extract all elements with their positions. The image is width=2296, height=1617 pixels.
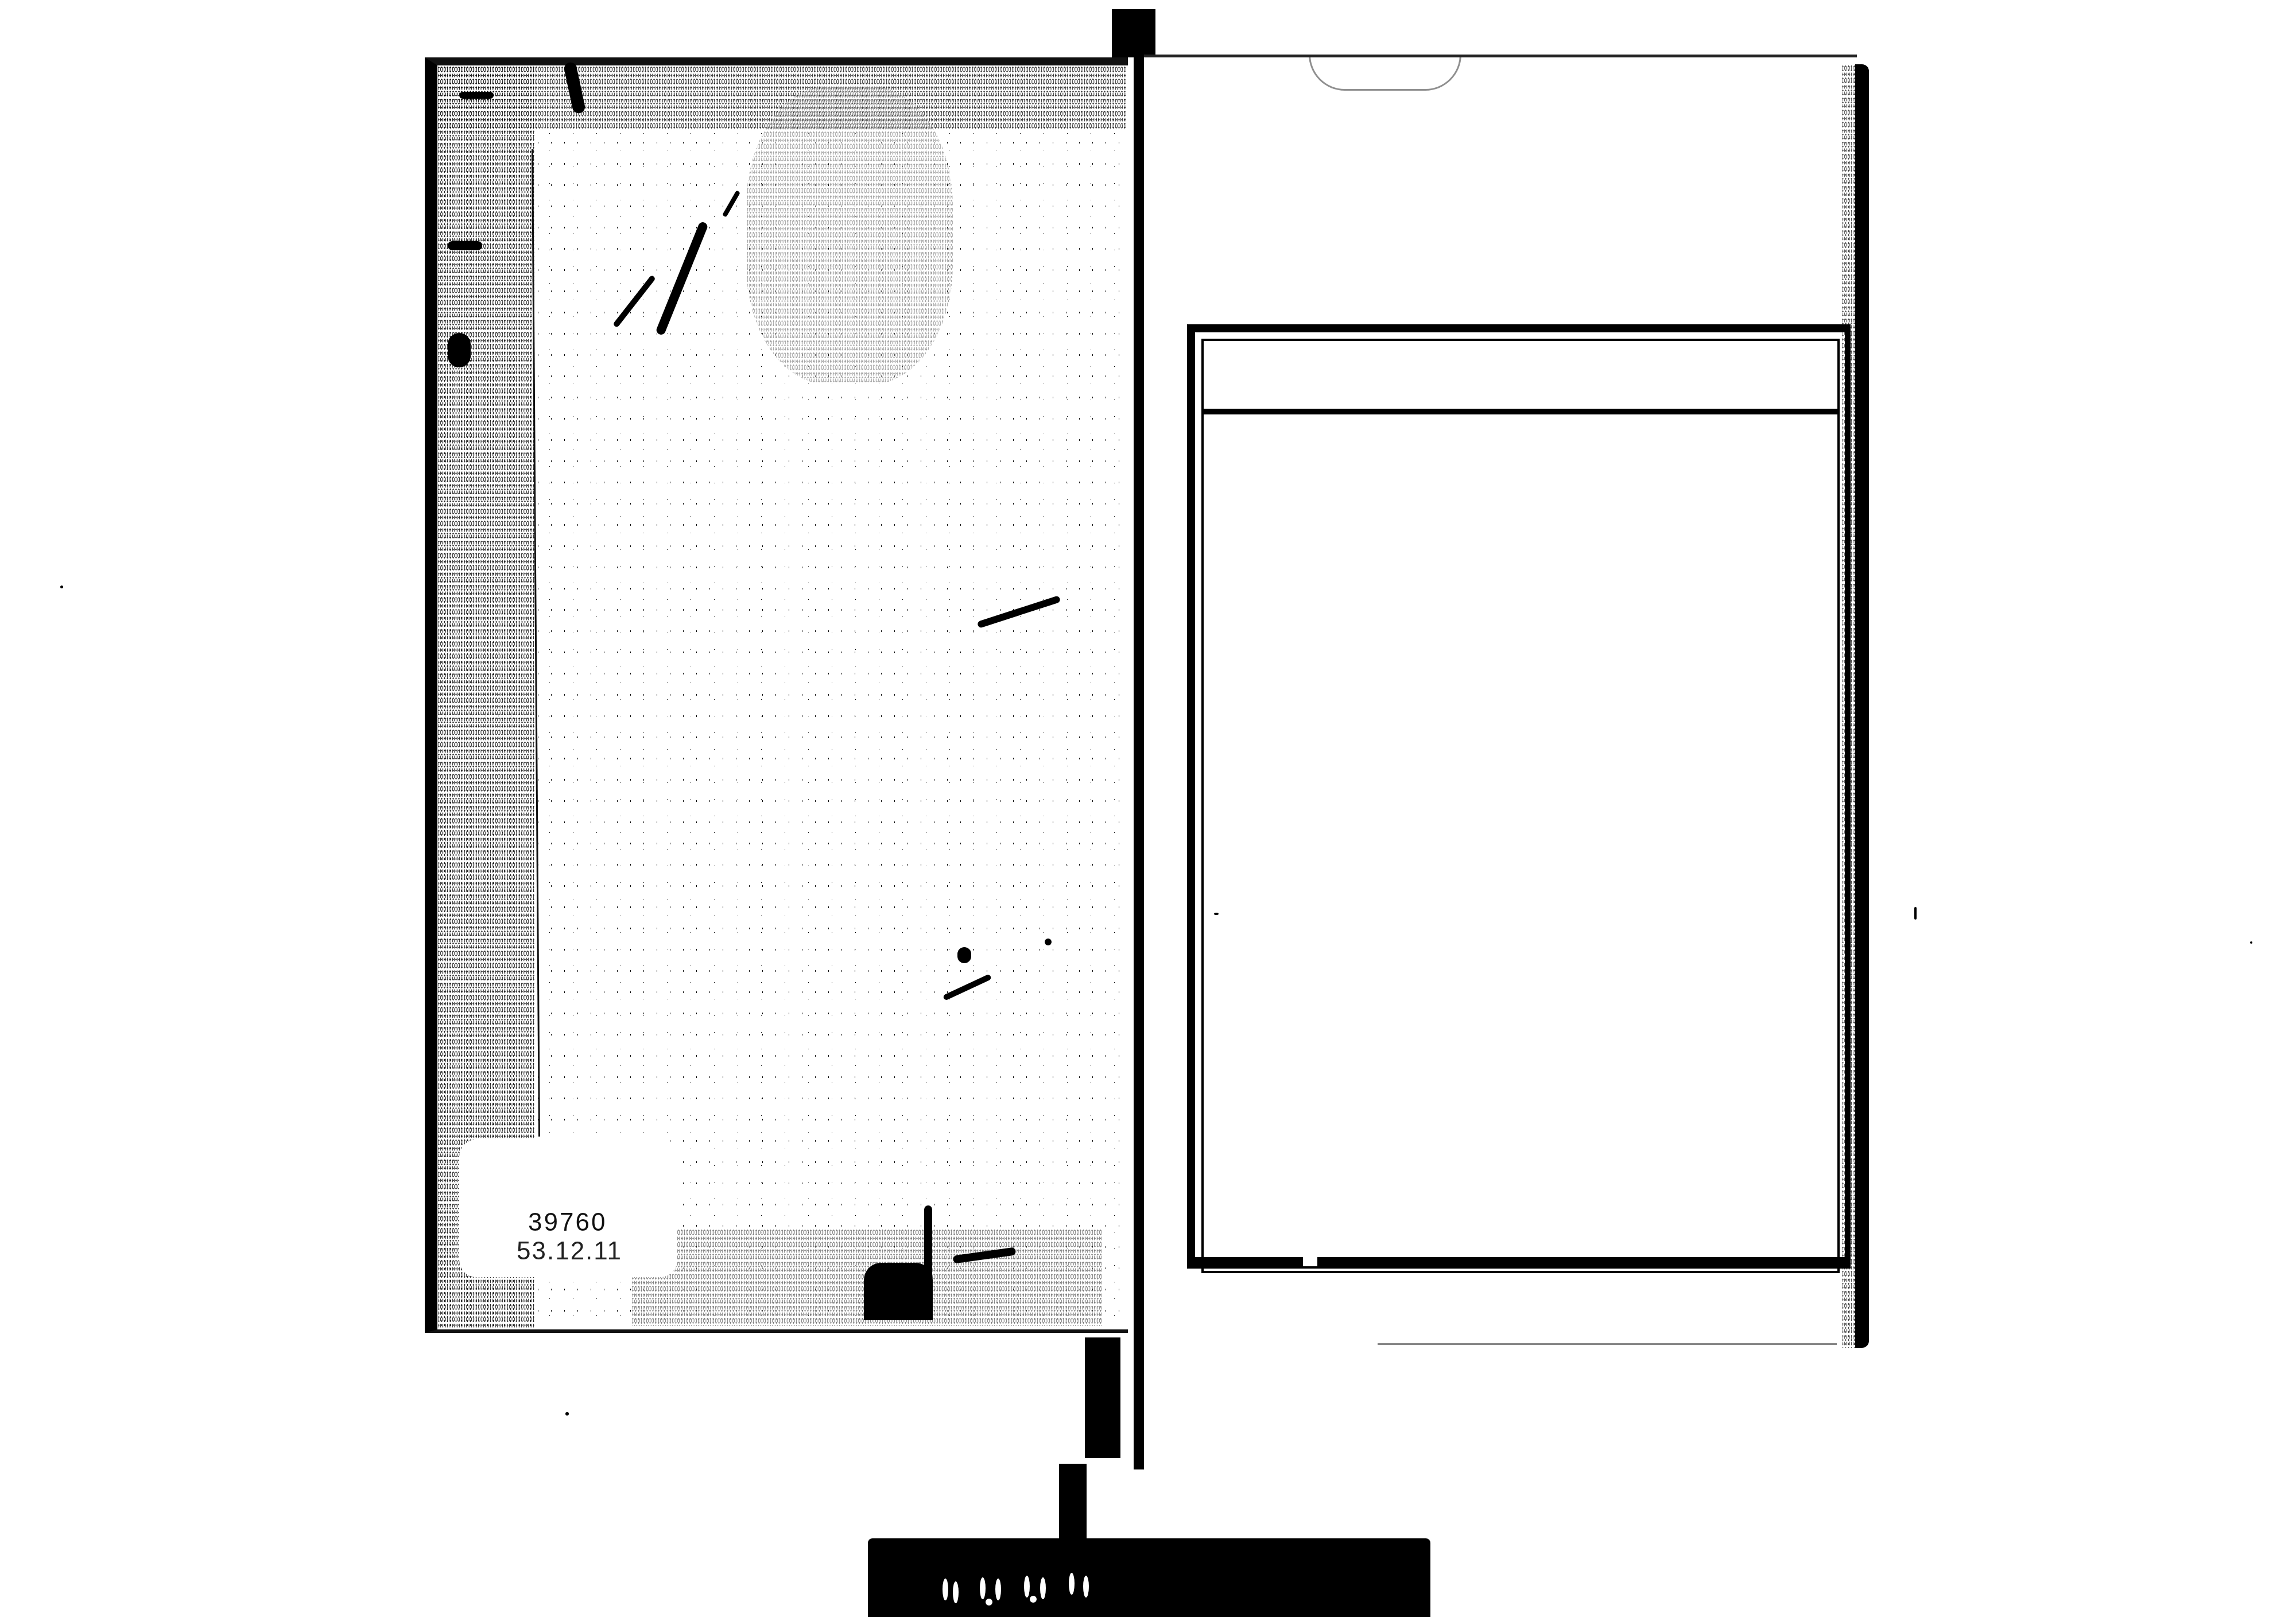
target-mark — [1069, 1573, 1075, 1595]
header-band-rule — [1201, 409, 1840, 414]
target-mark — [995, 1579, 1001, 1600]
catalog-date: 53.12.11 — [517, 1237, 622, 1266]
worm-hole-mark — [448, 241, 482, 250]
spine-gutter — [1134, 57, 1144, 1469]
catalog-number: 39760 — [528, 1208, 607, 1237]
dust-speck — [60, 585, 63, 588]
left-stain — [746, 86, 953, 385]
scan-target-bar — [868, 1538, 1430, 1617]
catalog-label: 39760 53.12.11 — [459, 1139, 677, 1277]
target-mark — [980, 1577, 986, 1599]
target-mark — [943, 1579, 948, 1600]
target-mark — [1024, 1576, 1030, 1597]
paper-crease — [1309, 55, 1461, 91]
dust-speck — [1914, 907, 1917, 920]
worm-hole-mark — [459, 92, 494, 99]
worm-hole-mark — [448, 333, 471, 367]
target-mark — [1083, 1576, 1089, 1597]
right-page-edge — [1855, 64, 1869, 1348]
page-frame-inner — [1201, 339, 1840, 1273]
spine-top-tab — [1112, 9, 1155, 57]
spine-lower-block — [1085, 1337, 1120, 1458]
page-bottom-edge — [1378, 1343, 1837, 1345]
spine-stem — [1059, 1464, 1087, 1538]
target-mark — [953, 1581, 959, 1603]
dust-speck — [1045, 939, 1052, 945]
dust-speck — [2250, 941, 2252, 944]
worm-hole-mark — [957, 947, 971, 963]
dust-speck — [565, 1412, 569, 1416]
dust-speck — [1214, 913, 1219, 915]
worm-hole-mark — [864, 1263, 933, 1320]
frame-rule-gap — [1303, 1256, 1317, 1266]
frame-bottom-rule — [1187, 1257, 1851, 1264]
target-dot — [986, 1599, 992, 1606]
left-binding-strip — [437, 65, 535, 1328]
target-dot — [1030, 1596, 1037, 1603]
target-mark — [1040, 1577, 1046, 1599]
